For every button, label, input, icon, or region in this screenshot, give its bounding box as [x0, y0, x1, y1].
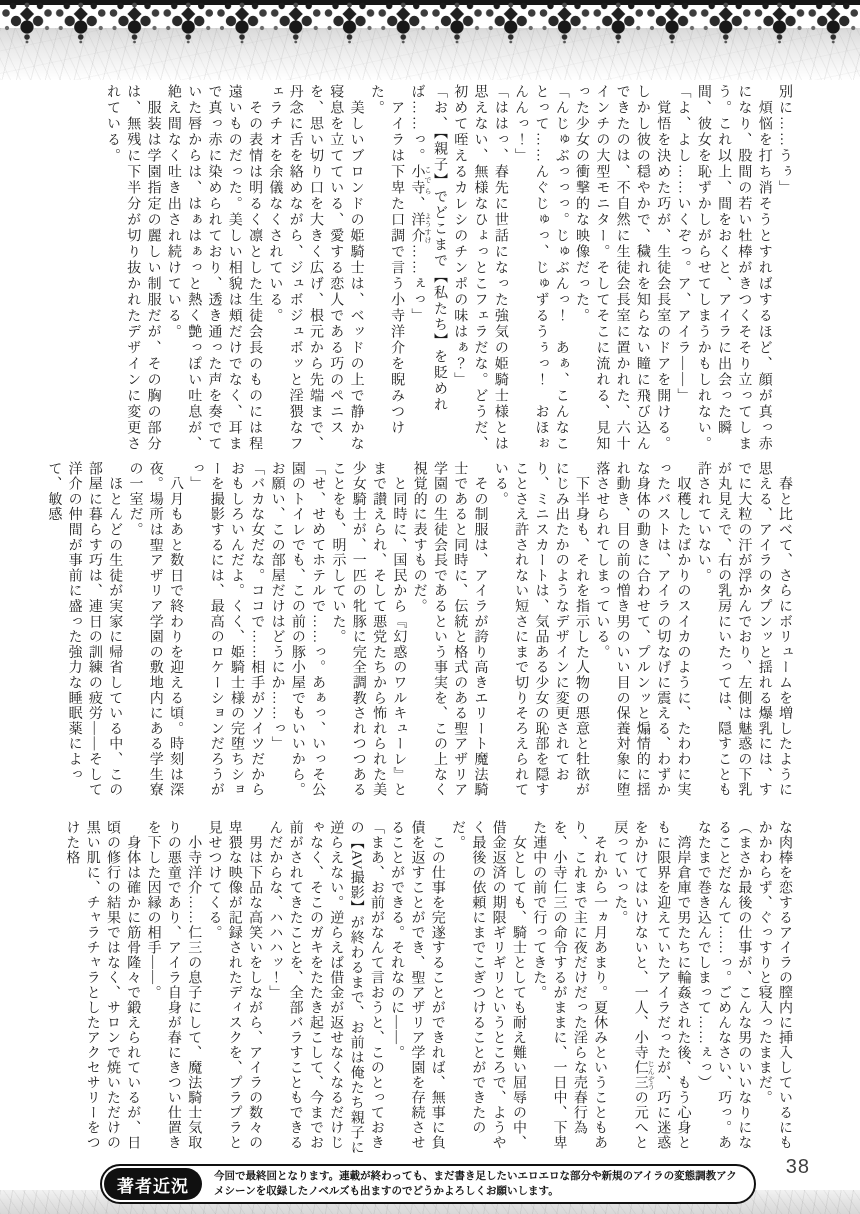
text-paragraph: 八月もあと数日で終わりを迎える頃。時刻は深夜。場所は聖アザリア学園の敷地内にある… [124, 461, 185, 812]
text-paragraph: 「んじゅぶっっっ。じゅぶんっ！ あぁ、こんなことって……んぐじゅっ、じゅずるうぅ… [510, 84, 571, 452]
text-paragraph: 別に……うぅ」 [774, 84, 794, 452]
text-paragraph: 男は下品な高笑いをしながら、アイラの数々の卑猥な映像が記録されたディスクを、プラ… [203, 820, 264, 1164]
text-paragraph: 春と比べて、さらにボリュームを増したように思える、アイラのタプンッと揺れる爆乳に… [693, 461, 794, 812]
author-status-label: 著者近況 [104, 1168, 202, 1200]
text-paragraph: その表情は明るく凛とした生徒会長のものには程遠いものだった。美しい相貌は頬だけで… [163, 84, 264, 452]
text-paragraph: 湾岸倉庫で男たちに輪姦された後、もう心身ともに限界を迎えていたアイラだったが、巧… [609, 820, 692, 1164]
lace-border-ornament [0, 0, 860, 46]
text-paragraph: 覚悟を決めた巧が、生徒会長室のドアを開ける。しかし彼の穏やかで、穢れを知らない瞳… [571, 84, 672, 452]
text-paragraph: な肉棒を恋するアイラの膣内に挿入しているにもかかわらず、ぐっすりと寝入ったままだ… [753, 820, 794, 1164]
text-paragraph: 「バカな女だな。ココで……相手がソイツだからおもしろいんだよ。くく、姫騎士様の完… [185, 461, 266, 812]
text-paragraph: その制服は、アイラが誇り高きエリート魔法騎士であると同時に、伝統と格式のある聖ア… [408, 461, 489, 812]
page-number: 38 [786, 1156, 810, 1179]
ruby-annotated-word: 洋介ようすけ [409, 212, 424, 244]
lace-pattern-svg [0, 0, 860, 46]
text-paragraph: 服装は学園指定の麗しい制服だが、その胸の部分は、無残に下半分が切り抜かれたデザイ… [102, 84, 163, 452]
text-paragraph: 煩悩を打ち消そうとすればするほど、顔が真っ赤になり、股間の若い牡棒がきつくそそり… [693, 84, 774, 452]
author-status-box: 著者近況 今回で最終回となります。連載が終わっても、まだ書き足したいエロエロな部… [100, 1164, 756, 1204]
text-paragraph: この仕事を完遂することができれば、無事に負債を返すことができ、聖アザリア学園を存… [386, 820, 447, 1164]
text-paragraph: と同時に、国民から『幻惑のワルキューレ』とまで讃えられ、そして悪党たちから怖れら… [327, 461, 408, 812]
text-paragraph: 「まあ、お前がなんて言おうと、このとっておきの【AV撮影】が終わるまで、お前は俺… [264, 820, 386, 1164]
text-band-1: 別に……うぅ」 煩悩を打ち消そうとすればするほど、顔が真っ赤になり、股間の若い牡… [94, 84, 794, 452]
text-paragraph: 「ははっ、春先に世話になった強気の姫騎士様とは思えない、無様なひょっとこフェラだ… [449, 84, 510, 452]
text-paragraph: 美しいブロンドの姫騎士は、ベッドの上で静かな寝息を立てている、愛する恋人である巧… [264, 84, 365, 452]
text-band-2: 春と比べて、さらにボリュームを増したように思える、アイラのタプンッと揺れる爆乳に… [94, 461, 794, 812]
text-paragraph: 女としても、騎士としても耐え難い屈辱の中、借金返済の期限ギリギリというところで、… [447, 820, 528, 1164]
text-paragraph: 身体は確かに筋骨隆々で鍛えられているが、日頃の修行の結果ではなく、サロンで焼いた… [61, 820, 142, 1164]
text-paragraph: 「お、【親子】でどこまで【私たち】を貶めれば……っ。小寺こでら、洋介ようすけ……… [406, 84, 449, 452]
text-paragraph: 「せ、せめてホテルで……っ。あぁっ、いっそ公園のトイレでも、この前の豚小屋でもい… [266, 461, 327, 812]
ruby-annotated-word: 小寺こでら [409, 164, 424, 196]
author-status-text: 今回で最終回となります。連載が終わっても、まだ書き足したいエロエロな部分や新規の… [204, 1166, 754, 1202]
ruby-annotated-word: 仁三じんぞう [633, 1060, 648, 1090]
text-paragraph: （まさか最後の仕事が、こんな男のいいなりになることだなんて……っ。ごめんなさい、… [693, 820, 754, 1164]
text-paragraph: 下半身も、それを指示した人物の悪意と牡欲がにじみ出たかのようなデザインに変更され… [490, 461, 591, 812]
text-paragraph: 「よ、よし……いくぞっ。ア、アイラ――」 [672, 84, 692, 452]
novel-page: { "page": { "number": "38", "background_… [0, 0, 860, 1214]
text-paragraph: アイラは下卑た口調で言う小寺洋介を睨みつけた。 [366, 84, 407, 452]
text-paragraph: ほとんどの生徒が実家に帰省している中、この部屋に暮らす巧は、連日の訓練の疲労――… [43, 461, 124, 812]
text-band-3: な肉棒を恋するアイラの膣内に挿入しているにもかかわらず、ぐっすりと寝入ったままだ… [94, 820, 794, 1164]
text-paragraph: それから一ヵ月あまり。夏休みということもあり、これまで主に夜だけだった淫らな売春… [528, 820, 609, 1164]
text-paragraph: 収穫したばかりのスイカのように、たわわに実ったバストは、アイラの切なげに震える、… [591, 461, 692, 812]
text-paragraph: 小寺洋介……仁三の息子にして、魔法騎士気取りの悪童であり、アイラ自身が春にきつい… [142, 820, 203, 1164]
